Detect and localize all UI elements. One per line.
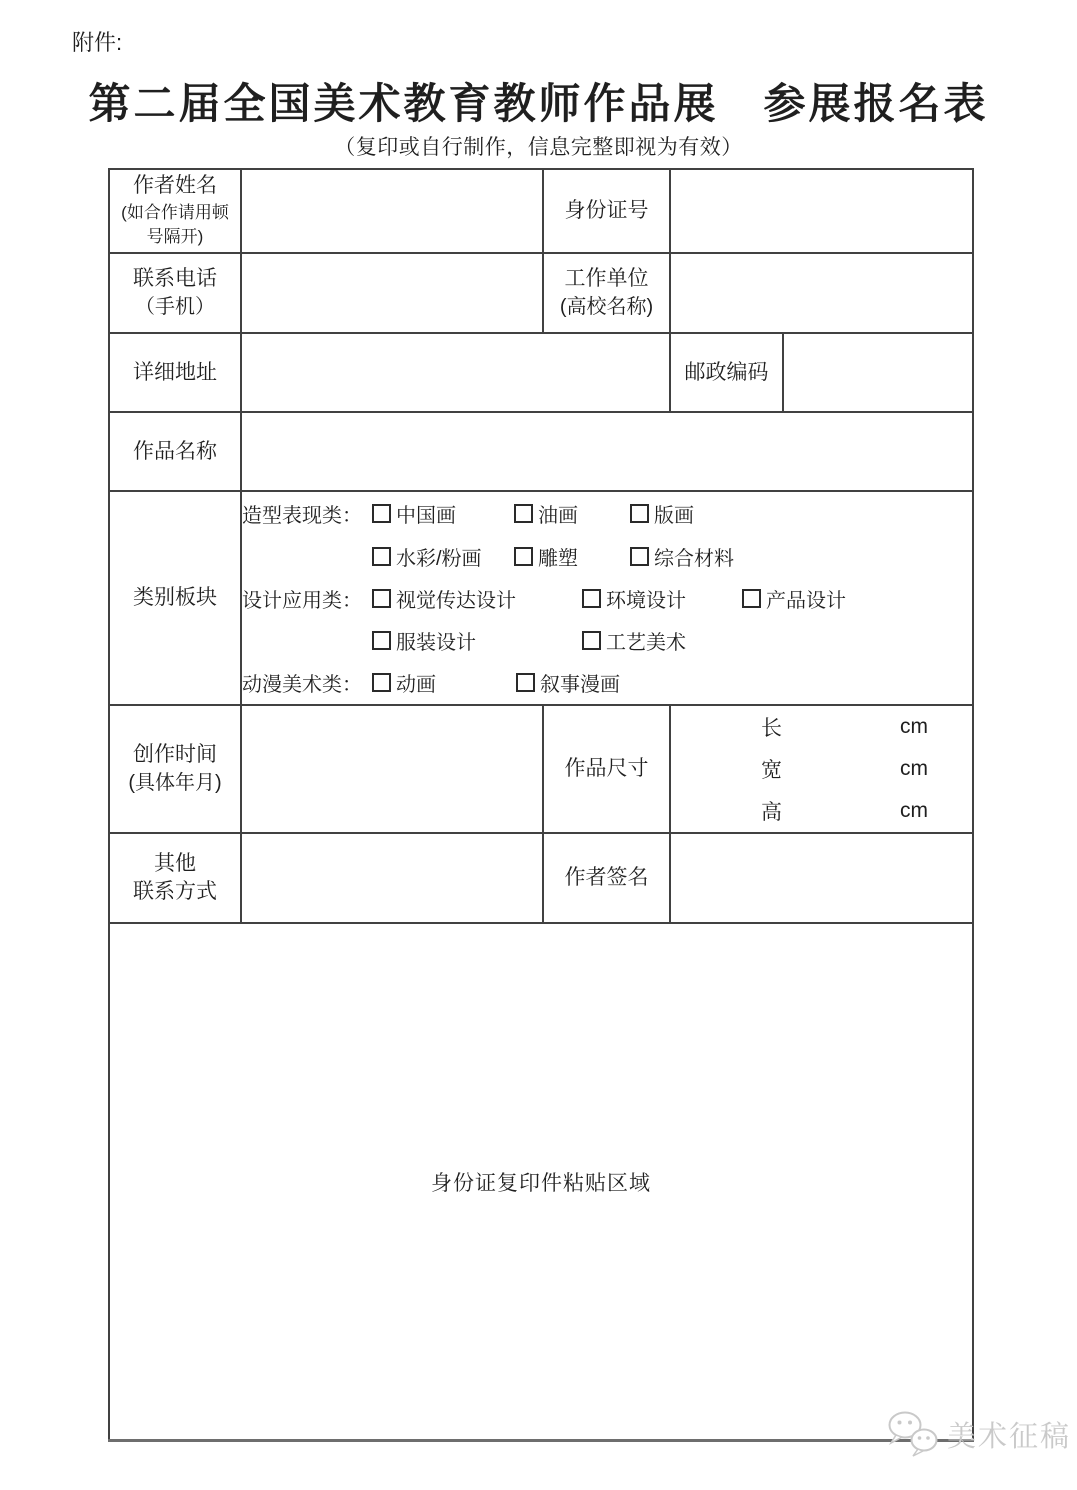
postal-code-label-text: 邮政编码 — [671, 359, 782, 387]
phone-label-text: 联系电话 — [110, 265, 240, 293]
creation-time-field — [241, 705, 543, 833]
row-address-postal: 详细地址 邮政编码 — [109, 333, 973, 412]
checkbox-option-label: 叙事漫画 — [540, 668, 620, 697]
dimension-height: 高 cm — [671, 790, 972, 832]
creation-time-label-text: 创作时间 — [110, 741, 240, 769]
signature-field — [670, 833, 973, 923]
checkbox-icon — [582, 631, 601, 650]
checkbox-option: 动画 — [372, 668, 516, 697]
id-copy-paste-area: 身份证复印件粘贴区域 — [109, 923, 973, 1440]
dimension-unit: cm — [900, 715, 928, 739]
attachment-label: 附件: — [72, 0, 1077, 54]
checkbox-option-label: 版画 — [654, 499, 694, 528]
postal-code-label: 邮政编码 — [670, 333, 783, 412]
checkbox-option-label: 产品设计 — [766, 584, 846, 613]
page-subtitle: （复印或自行制作，信息完整即视为有效） — [0, 131, 1077, 161]
checkbox-icon — [742, 589, 761, 608]
checkbox-icon — [372, 589, 391, 608]
checkbox-icon — [514, 547, 533, 566]
artwork-size-label: 作品尺寸 — [543, 705, 670, 833]
dimension-unit: cm — [900, 799, 928, 823]
address-field — [241, 333, 670, 412]
checkbox-icon — [630, 547, 649, 566]
address-label: 详细地址 — [109, 333, 241, 412]
dimension-unit: cm — [900, 757, 928, 781]
phone-field — [241, 253, 543, 333]
checkbox-option-label: 动画 — [396, 668, 436, 697]
work-unit-label: 工作单位 (高校名称) — [543, 253, 670, 333]
category-options-cell: 造型表现类： 中国画 油画 版画 水彩/粉画 雕塑 综合材料 设计应用类： 视觉… — [241, 491, 973, 705]
page-title: 第二届全国美术教育教师作品展 参展报名表 — [0, 80, 1077, 128]
registration-form-table: 作者姓名 (如合作请用顿号隔开) 身份证号 联系电话 （手机） 工作单位 (高校… — [108, 168, 974, 1442]
phone-note: （手机） — [110, 293, 240, 321]
checkbox-option-label: 视觉传达设计 — [396, 584, 516, 613]
row-author-id: 作者姓名 (如合作请用顿号隔开) 身份证号 — [109, 169, 973, 253]
dimension-name: 长 — [761, 712, 782, 742]
checkbox-option-label: 服装设计 — [396, 626, 476, 655]
row-id-copy-area: 身份证复印件粘贴区域 — [109, 923, 973, 1440]
dimension-name: 宽 — [761, 754, 782, 784]
work-unit-label-text: 工作单位 — [544, 265, 669, 293]
checkbox-option: 油画 — [514, 499, 630, 528]
registration-form-page: 附件: 第二届全国美术教育教师作品展 参展报名表 （复印或自行制作，信息完整即视… — [0, 0, 1077, 1490]
row-category: 类别板块 造型表现类： 中国画 油画 版画 水彩/粉画 雕塑 综合材料 设计应用… — [109, 491, 973, 705]
category-group-label: 设计应用类： — [242, 584, 372, 613]
checkbox-option: 环境设计 — [582, 584, 742, 613]
id-number-label-text: 身份证号 — [544, 197, 669, 225]
category-line-animation: 动漫美术类： 动画 叙事漫画 — [242, 662, 972, 704]
checkbox-icon — [630, 504, 649, 523]
category-line-design-1: 设计应用类： 视觉传达设计 环境设计 产品设计 — [242, 577, 972, 619]
dimension-name: 高 — [761, 796, 782, 826]
row-artwork-title: 作品名称 — [109, 412, 973, 491]
artwork-title-field — [241, 412, 973, 491]
checkbox-icon — [372, 547, 391, 566]
row-phone-workunit: 联系电话 （手机） 工作单位 (高校名称) — [109, 253, 973, 333]
checkbox-option: 叙事漫画 — [516, 668, 620, 697]
row-time-size: 创作时间 (具体年月) 作品尺寸 长 cm 宽 cm 高 cm — [109, 705, 973, 833]
other-contact-label: 其他 联系方式 — [109, 833, 241, 923]
other-contact-label-line1: 其他 — [110, 850, 240, 878]
checkbox-option-label: 环境设计 — [606, 584, 686, 613]
row-contact-signature: 其他 联系方式 作者签名 — [109, 833, 973, 923]
category-line-shaping-1: 造型表现类： 中国画 油画 版画 — [242, 493, 972, 535]
checkbox-option: 视觉传达设计 — [372, 584, 582, 613]
checkbox-icon — [582, 589, 601, 608]
category-line-design-2: 服装设计 工艺美术 — [242, 619, 972, 661]
work-unit-note: (高校名称) — [544, 293, 669, 321]
artwork-size-values-cell: 长 cm 宽 cm 高 cm — [670, 705, 973, 833]
checkbox-option-label: 工艺美术 — [606, 626, 686, 655]
dimension-width: 宽 cm — [671, 748, 972, 790]
checkbox-option-label: 综合材料 — [654, 542, 734, 571]
other-contact-field — [241, 833, 543, 923]
checkbox-option: 中国画 — [372, 499, 514, 528]
id-copy-area-label: 身份证复印件粘贴区域 — [431, 1172, 651, 1195]
work-unit-field — [670, 253, 973, 333]
checkbox-icon — [372, 631, 391, 650]
phone-label: 联系电话 （手机） — [109, 253, 241, 333]
checkbox-option-label: 中国画 — [396, 499, 456, 528]
checkbox-icon — [372, 673, 391, 692]
checkbox-option: 版画 — [630, 499, 694, 528]
checkbox-option: 工艺美术 — [582, 626, 686, 655]
other-contact-label-line2: 联系方式 — [110, 878, 240, 906]
author-name-note: (如合作请用顿号隔开) — [110, 201, 240, 250]
checkbox-icon — [514, 504, 533, 523]
checkbox-option-label: 油画 — [538, 499, 578, 528]
signature-label-text: 作者签名 — [544, 864, 669, 892]
checkbox-option: 产品设计 — [742, 584, 846, 613]
checkbox-option: 水彩/粉画 — [372, 542, 514, 571]
address-label-text: 详细地址 — [110, 359, 240, 387]
signature-label: 作者签名 — [543, 833, 670, 923]
category-label-text: 类别板块 — [110, 584, 240, 612]
creation-time-label: 创作时间 (具体年月) — [109, 705, 241, 833]
watermark: 美术征稿 — [886, 1410, 1071, 1458]
postal-code-field — [783, 333, 973, 412]
author-name-label: 作者姓名 (如合作请用顿号隔开) — [109, 169, 241, 253]
category-group-label: 动漫美术类： — [242, 668, 372, 697]
checkbox-icon — [372, 504, 391, 523]
checkbox-icon — [516, 673, 535, 692]
author-name-label-text: 作者姓名 — [110, 172, 240, 200]
artwork-title-label-text: 作品名称 — [110, 438, 240, 466]
dimension-length: 长 cm — [671, 706, 972, 748]
artwork-title-label: 作品名称 — [109, 412, 241, 491]
category-line-shaping-2: 水彩/粉画 雕塑 综合材料 — [242, 535, 972, 577]
id-number-field — [670, 169, 973, 253]
checkbox-option: 综合材料 — [630, 542, 734, 571]
category-label: 类别板块 — [109, 491, 241, 705]
category-group-label: 造型表现类： — [242, 499, 372, 528]
checkbox-option-label: 水彩/粉画 — [396, 542, 482, 571]
creation-time-note: (具体年月) — [110, 769, 240, 797]
checkbox-option: 雕塑 — [514, 542, 630, 571]
checkbox-option: 服装设计 — [372, 626, 582, 655]
author-name-field — [241, 169, 543, 253]
wechat-icon — [886, 1410, 942, 1458]
artwork-size-label-text: 作品尺寸 — [544, 755, 669, 783]
checkbox-option-label: 雕塑 — [538, 542, 578, 571]
watermark-text: 美术征稿 — [947, 1414, 1071, 1455]
id-number-label: 身份证号 — [543, 169, 670, 253]
